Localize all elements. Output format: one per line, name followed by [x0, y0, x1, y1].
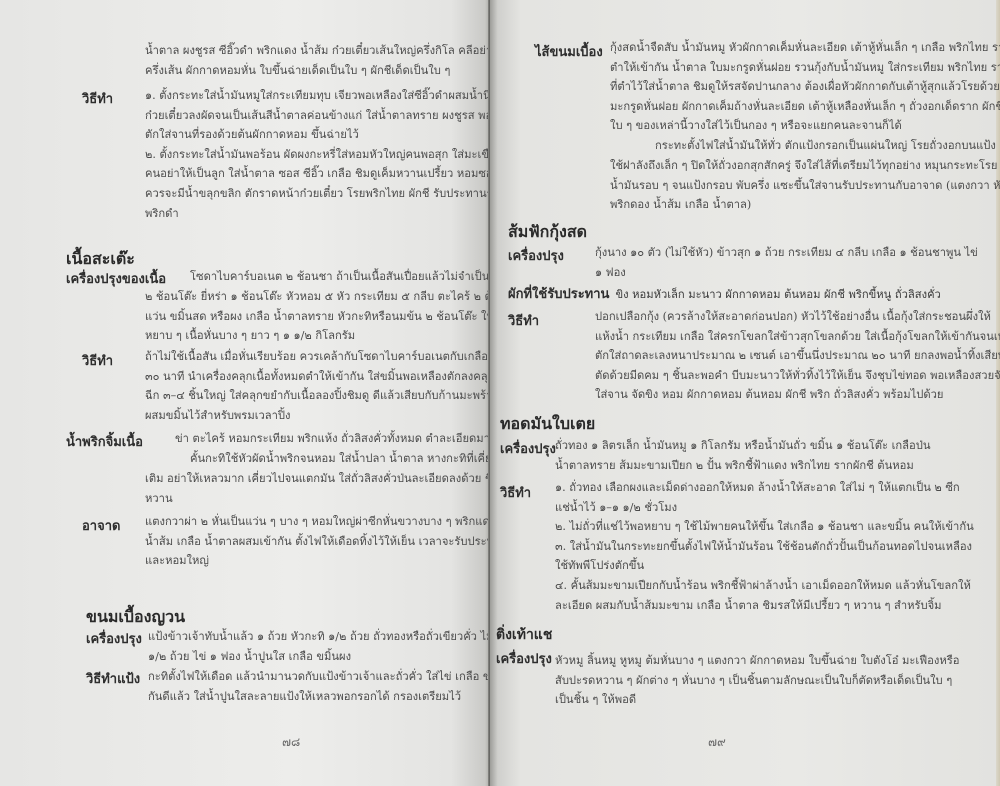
- text-line: ใช้ทัพพีโปร่งตักขึ้น: [555, 556, 974, 576]
- somfak-ingredients-paragraph: กุ้งนาง ๑๐ ตัว (ไม่ใช้หัว) ข้าวสุก ๑ ถ้ว…: [595, 243, 978, 282]
- satay-method-label: วิธีทำ: [82, 350, 113, 371]
- satay-method-paragraph: ถ้าไม่ใช้เนื้อสัน เมื่อหั่นเรียบร้อย ควร…: [145, 347, 490, 425]
- filling-paragraph-2-first: กระทะตั้งไฟใส่น้ำมันให้ทั่ว ตักแป้งกรอกเ…: [655, 136, 996, 156]
- tuetao-ingredients-label: เครื่องปรุง: [496, 648, 552, 669]
- text-line: ๑. ตั้งกระทะใส่น้ำมันหมูใส่กระเทียมทุบ เ…: [145, 86, 490, 106]
- khanom-ingredients-paragraph: แป้งข้าวเจ้าทับน้ำแล้ว ๑ ถ้วย หัวกะทิ ๑/…: [148, 627, 490, 666]
- somfak-ingredients-label: เครื่องปรุง: [508, 245, 564, 266]
- text-line: ตำให้เข้ากัน น้ำตาล ใบมะกรูดหั่นฝอย รวนก…: [610, 58, 1000, 78]
- text-line: คนอย่าให้เป็นลูก ใส่น้ำตาล ซอส ซีอิ๊ว เก…: [145, 164, 490, 184]
- text-line: น้ำตาลทราย ส้มมะขามเปียก ๒ ปั้น พริกชี้ฟ…: [555, 456, 931, 476]
- somfak-serving-line: ผักที่ใช้รับประทานขิง หอมหัวเล็ก มะนาว ผ…: [508, 285, 941, 305]
- page-number-left: ๗๘: [282, 733, 300, 752]
- filling-paragraph-2: ใช้ฝาลังถึงเล็ก ๆ ปิดให้ถั่วงอกสุกสักครู…: [610, 156, 1000, 215]
- text-line: กุ้งสดน้ำจืดสับ น้ำมันหมู หัวผักกาดเค็มห…: [610, 38, 1000, 58]
- text-line: ใส่จาน จัดขิง หอม ผักกาดหอม ต้นหอม ผักชี…: [595, 385, 1000, 405]
- text-line: ๒. ไม่ถั่วที่แช่ไว้พอหยาบ ๆ ใช้ไม้พายคนใ…: [555, 517, 974, 537]
- text-line: หวาน: [145, 489, 490, 509]
- text-line: ละเอียด ผสมกับน้ำส้มมะขาม เกลือ น้ำตาล ช…: [555, 596, 974, 616]
- text-line: น้ำส้ม เกลือ น้ำตาลผสมเข้ากัน ตั้งไฟให้เ…: [145, 532, 490, 552]
- recipe-title-som-fak-kung-sot: ส้มฟักกุ้งสด: [508, 220, 587, 245]
- text-line: ๓. ใส่น้ำมันในกระทะยกขึ้นตั้งไฟให้น้ำมัน…: [555, 537, 974, 557]
- text-line: ใช้ฝาลังถึงเล็ก ๆ ปิดให้ถั่วงอกสุกสักครู…: [610, 156, 1000, 176]
- filling-label: ไส้ขนมเบื้อง: [535, 41, 603, 62]
- somfak-method-label: วิธีทำ: [508, 310, 539, 331]
- intro-paragraph: น้ำตาล ผงชูรส ซีอิ๊วดำ พริกแดง น้ำส้ม ก๋…: [145, 41, 490, 80]
- method-paragraph: ๑. ตั้งกระทะใส่น้ำมันหมูใส่กระเทียมทุบ เ…: [145, 86, 490, 223]
- text-line: ๒. ตั้งกระทะใส่น้ำมันพอร้อน ผัดผงกะหรี่ใ…: [145, 145, 490, 165]
- text-line: ๓๐ นาที นำเครื่องคลุกเนื้อทั้งหมดตำให้เข…: [145, 367, 490, 387]
- text-line: แตงกวาผ่า ๒ หั่นเป็นแว่น ๆ บาง ๆ หอมใหญ่…: [145, 512, 490, 532]
- thotman-ingredients-paragraph: ถั่วทอง ๑ ลิตรเล็ก น้ำมันหมู ๑ กิโลกรัม …: [555, 436, 931, 475]
- text-line: ขิง หอมหัวเล็ก มะนาว ผักกาดหอม ต้นหอม ผั…: [615, 288, 940, 301]
- text-line: คั้นกะทิใช้หัวผัดน้ำพริกจนหอม ใส่น้ำปลา …: [190, 449, 490, 469]
- text-line: ๑/๒ ถ้วย ไข่ ๑ ฟอง น้ำปูนใส เกลือ ขมิ้นผ…: [148, 647, 490, 667]
- satay-ingredients-first-line: โซดาไบคาร์บอเนต ๒ ช้อนชา ถ้าเป็นเนื้อสัน…: [190, 267, 490, 287]
- recipe-title-tue-tao-chae: ติ่งเท้าแช: [496, 624, 552, 646]
- satay-dip-first-line: ข่า ตะไคร้ หอมกระเทียม พริกแห้ง ถั่วลิสง…: [175, 429, 490, 449]
- left-page: น้ำตาล ผงชูรส ซีอิ๊วดำ พริกแดง น้ำส้ม ก๋…: [0, 0, 490, 786]
- text-line: ๑ ฟอง: [595, 263, 978, 283]
- text-line: กันดีแล้ว ใส่น้ำปูนใสละลายแป้งให้เหลวพอก…: [148, 687, 490, 707]
- text-line: ถ้าไม่ใช้เนื้อสัน เมื่อหั่นเรียบร้อย ควร…: [145, 347, 490, 367]
- satay-ingredients-label: เครื่องปรุงของเนื้อ: [66, 268, 166, 289]
- satay-ingredients-paragraph: ๒ ช้อนโต๊ะ ยี่หร่า ๑ ช้อนโต๊ะ หัวหอม ๕ ห…: [145, 287, 490, 346]
- text-line: ครึ่งเส้น ผักกาดหอมหั่น ใบขึ้นฉ่ายเด็ดเป…: [145, 61, 490, 81]
- text-line: ๔. คั้นส้มมะขามเปียกกับน้ำร้อน พริกชี้ฟ้…: [555, 576, 974, 596]
- text-line: โซดาไบคาร์บอเนต ๒ ช้อนชา ถ้าเป็นเนื้อสัน…: [190, 267, 490, 287]
- text-line: สับปะรดหวาน ๆ ผักต่าง ๆ หั่นบาง ๆ เป็นชิ…: [555, 671, 959, 691]
- text-line: น้ำมันรอบ ๆ จนแป้งกรอบ พับครึ่ง แซะขึ้นใ…: [610, 176, 1000, 196]
- relish-label: อาจาด: [82, 515, 120, 536]
- text-line: เป็นชิ้น ๆ ให้พอดี: [555, 690, 959, 710]
- page-number-right: ๗๙: [708, 733, 726, 752]
- filling-paragraph: กุ้งสดน้ำจืดสับ น้ำมันหมู หัวผักกาดเค็มห…: [610, 38, 1000, 136]
- text-line: ตัดด้วยมีดคม ๆ ชิ้นละพอคำ บีบมะนาวให้ทั่…: [595, 366, 1000, 386]
- satay-dip-paragraph: เติม อย่าให้เหลวมาก เคี่ยวไปจนแตกมัน ใส่…: [145, 469, 490, 508]
- text-line: แช่น้ำไว้ ๑–๑ ๑/๒ ชั่วโมง: [555, 498, 974, 518]
- thotman-method-label: วิธีทำ: [500, 482, 531, 503]
- method-label: วิธีทำ: [82, 88, 113, 109]
- text-line: แว่น ขมิ้นสด หรือผง เกลือ น้ำตาลทราย หัว…: [145, 307, 490, 327]
- text-line: ตักใส่ถาดละเลงหนาประมาณ ๒ เซนต์ เอาขึ้นน…: [595, 346, 1000, 366]
- khanom-ingredients-label: เครื่องปรุง: [86, 628, 142, 649]
- thotman-method-paragraph: ๑. ถั่วทอง เลือกผงและเม็ดด่างออกให้หมด ล…: [555, 478, 974, 615]
- text-line: ก๋วยเตี๋ยวลงผัดจนเป็นเส้นสีน้ำตาลค่อนข้า…: [145, 106, 490, 126]
- thotman-ingredients-label: เครื่องปรุง: [500, 438, 556, 459]
- text-line: กะทิตั้งไฟให้เดือด แล้วนำมานวดกับแป้งข้า…: [148, 667, 490, 687]
- somfak-method-paragraph: ปอกเปลือกกุ้ง (ควรล้างให้สะอาดก่อนปอก) ห…: [595, 307, 1000, 405]
- text-line: กุ้งนาง ๑๐ ตัว (ไม่ใช้หัว) ข้าวสุก ๑ ถ้ว…: [595, 243, 978, 263]
- text-line: น้ำตาล ผงชูรส ซีอิ๊วดำ พริกแดง น้ำส้ม ก๋…: [145, 41, 490, 61]
- tuetao-ingredients-paragraph: หัวหมู ลิ้นหมู หูหมู ต้มหั่นบาง ๆ แตงกวา…: [555, 651, 959, 710]
- text-line: มะกรูดหั่นฝอย ผักกาดเค็มถ้างหั่นละเอียด …: [610, 97, 1000, 117]
- open-book-spread: น้ำตาล ผงชูรส ซีอิ๊วดำ พริกแดง น้ำส้ม ก๋…: [0, 0, 1000, 786]
- recipe-title-thot-man-bai-toei: ทอดมันใบเตย: [500, 412, 595, 437]
- text-line: พริกดำ: [145, 204, 490, 224]
- right-page: ไส้ขนมเบื้อง กุ้งสดน้ำจืดสับ น้ำมันหมู ห…: [490, 0, 1000, 786]
- satay-dip-label: น้ำพริกจิ้มเนื้อ: [66, 431, 143, 452]
- text-line: แป้งข้าวเจ้าทับน้ำแล้ว ๑ ถ้วย หัวกะทิ ๑/…: [148, 627, 490, 647]
- satay-dip-second-line: คั้นกะทิใช้หัวผัดน้ำพริกจนหอม ใส่น้ำปลา …: [190, 449, 490, 469]
- text-line: กระทะตั้งไฟใส่น้ำมันให้ทั่ว ตักแป้งกรอกเ…: [655, 136, 996, 156]
- text-line: ผสมขมิ้นไว้สำหรับพรมเวลาปิ้ง: [145, 406, 490, 426]
- text-line: หยาบ ๆ เนื้อหั่นบาง ๆ ยาว ๆ ๑ ๑/๒ กิโลกร…: [145, 326, 490, 346]
- khanom-batter-label: วิธีทำแป้ง: [86, 668, 140, 689]
- text-line: ที่ตำไว้ใส่น้ำตาล ชิมดูให้รสจัดปานกลาง ต…: [610, 77, 1000, 97]
- text-line: ใบ ๆ ของเหล่านี้วางใส่ไว้เป็นกอง ๆ หรือจ…: [610, 116, 1000, 136]
- khanom-batter-paragraph: กะทิตั้งไฟให้เดือด แล้วนำมานวดกับแป้งข้า…: [148, 667, 490, 706]
- text-line: ๑. ถั่วทอง เลือกผงและเม็ดด่างออกให้หมด ล…: [555, 478, 974, 498]
- text-line: ถั่วทอง ๑ ลิตรเล็ก น้ำมันหมู ๑ กิโลกรัม …: [555, 436, 931, 456]
- text-line: หัวหมู ลิ้นหมู หูหมู ต้มหั่นบาง ๆ แตงกวา…: [555, 651, 959, 671]
- somfak-serving-label: ผักที่ใช้รับประทาน: [508, 287, 609, 302]
- text-line: แห้งน้ำ กระเทียม เกลือ ใส่ครกโขลกใส่ข้าว…: [595, 327, 1000, 347]
- text-line: ข่า ตะไคร้ หอมกระเทียม พริกแห้ง ถั่วลิสง…: [175, 429, 490, 449]
- text-line: ควรจะมีน้ำขลุกขลิก ตักราดหน้าก๋วยเตี๋ยว …: [145, 184, 490, 204]
- text-line: ตักใส่จานที่รองด้วยต้นผักกาดหอม ขึ้นฉ่าย…: [145, 125, 490, 145]
- text-line: ปอกเปลือกกุ้ง (ควรล้างให้สะอาดก่อนปอก) ห…: [595, 307, 1000, 327]
- text-line: ๒ ช้อนโต๊ะ ยี่หร่า ๑ ช้อนโต๊ะ หัวหอม ๕ ห…: [145, 287, 490, 307]
- text-line: และหอมใหญ่: [145, 551, 490, 571]
- text-line: พริกดอง น้ำส้ม เกลือ น้ำตาล): [610, 195, 1000, 215]
- text-line: ฉีก ๓–๔ ชิ้นใหญ่ ใส่คลุกขยำกับเนื้อลองปิ…: [145, 386, 490, 406]
- relish-paragraph: แตงกวาผ่า ๒ หั่นเป็นแว่น ๆ บาง ๆ หอมใหญ่…: [145, 512, 490, 571]
- text-line: เติม อย่าให้เหลวมาก เคี่ยวไปจนแตกมัน ใส่…: [145, 469, 490, 489]
